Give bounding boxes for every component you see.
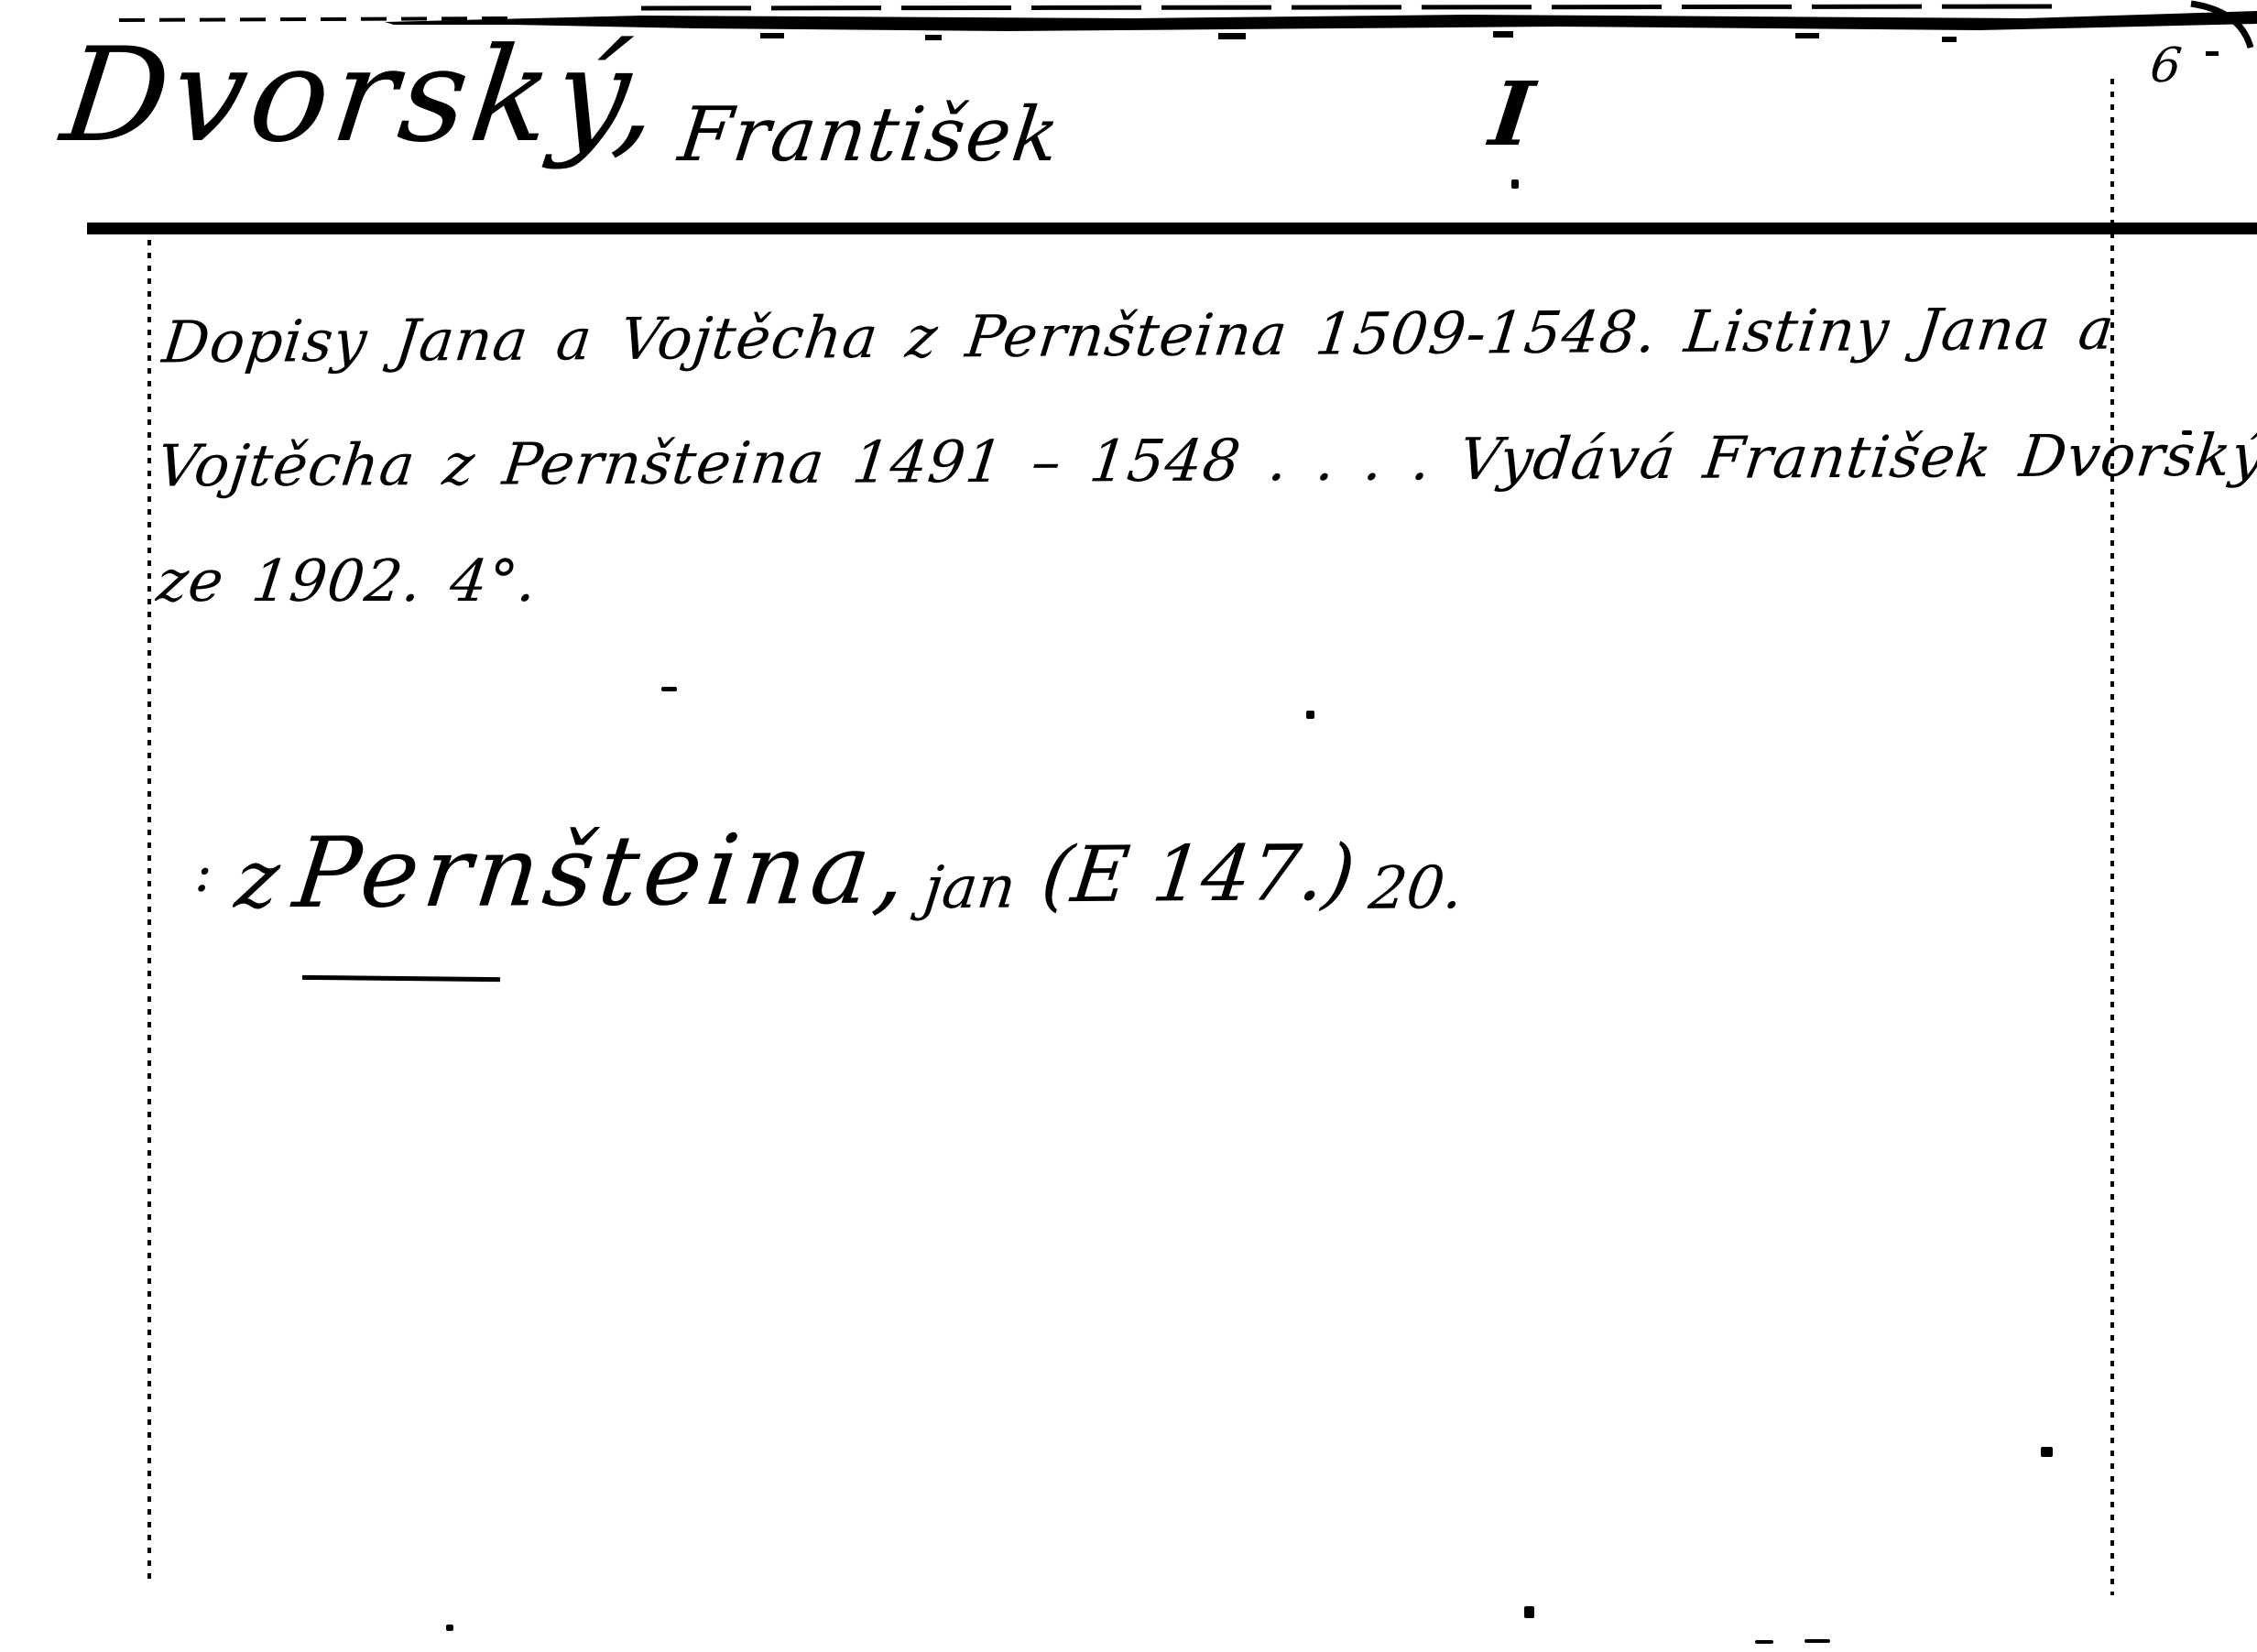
cross-reference-entry: : z Pernšteina, jan (E 147.) 20. xyxy=(194,809,1463,930)
ink-speck xyxy=(1306,711,1314,719)
ink-speck xyxy=(2041,1447,2053,1457)
card-title-surname: Dvorský, xyxy=(64,20,662,171)
ink-speck xyxy=(2182,430,2192,435)
ink-speck xyxy=(661,687,677,691)
catalog-card-page: Dvorský, František I 6 Dopisy Jana a Voj… xyxy=(0,0,2257,1652)
entry-lead-mark: : xyxy=(194,842,213,904)
bibliography-line-2: Vojtěcha z Pernšteina 1491 – 1548 . . . … xyxy=(158,420,2257,499)
ink-speck xyxy=(1524,1606,1534,1618)
surname-text: Dvorský, xyxy=(55,20,671,171)
left-margin-dotted-line xyxy=(147,240,151,1584)
entry-preposition: z xyxy=(231,831,284,926)
ink-speck xyxy=(1511,179,1519,189)
given-name-text: František xyxy=(674,92,1065,179)
entry-given-name: jan xyxy=(921,854,1019,923)
entry-sequence-number: 20. xyxy=(1366,854,1467,923)
ink-speck xyxy=(446,1625,453,1631)
entry-family-name: Pernšteina, xyxy=(289,812,918,929)
ink-speck xyxy=(1805,1639,1830,1643)
family-name-underline xyxy=(302,975,500,982)
page-number: 6 xyxy=(2151,38,2181,93)
bibliography-line-3: ze 1902. 4°. xyxy=(158,548,538,614)
header-rule xyxy=(87,223,2257,234)
entry-catalog-code: (E 147.) xyxy=(1038,828,1360,919)
volume-roman-numeral: I xyxy=(1491,62,1532,166)
card-title-given-name: František xyxy=(680,92,1060,179)
ink-speck xyxy=(1755,1640,1773,1644)
scan-artifact-corner-hook xyxy=(2191,4,2251,48)
bibliography-line-1: Dopisy Jana a Vojtěcha z Pernšteina 1509… xyxy=(163,296,2115,376)
